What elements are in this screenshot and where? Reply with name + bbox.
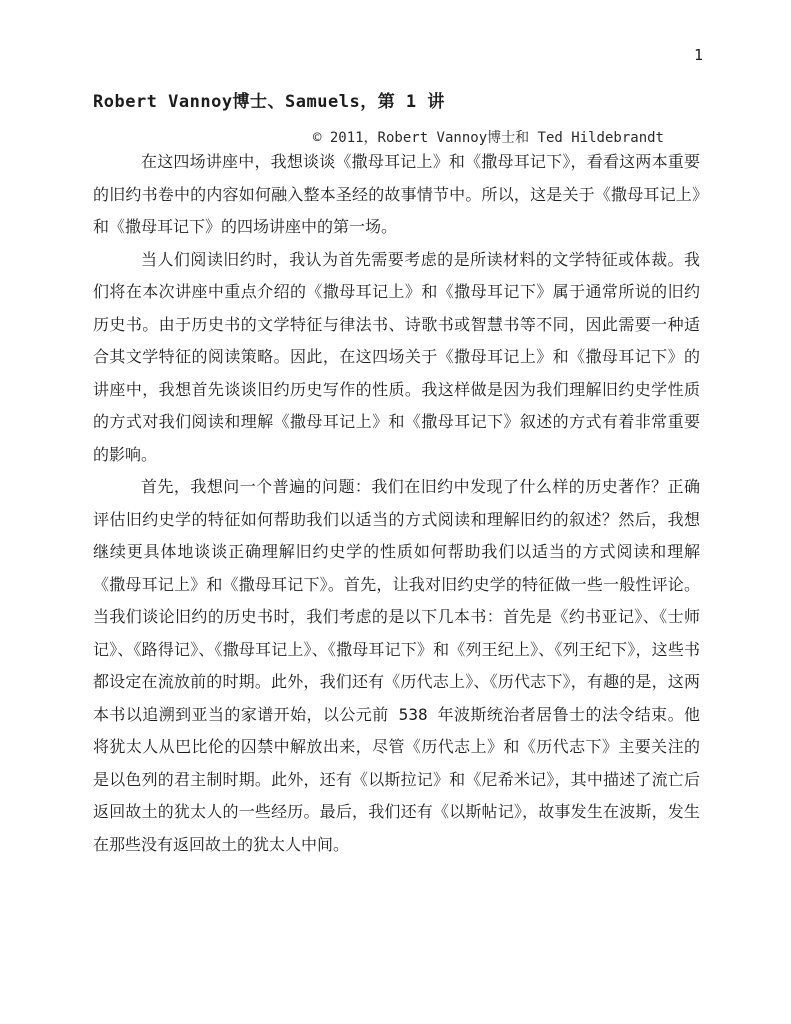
- paragraph-literary-character: 当人们阅读旧约时，我认为首先需要考虑的是所读材料的文学特征或体裁。我们将在本次讲…: [93, 244, 700, 472]
- document-body: 在这四场讲座中，我想谈谈《撒母耳记上》和《撒母耳记下》，看看这两本重要的旧约书卷…: [93, 146, 700, 861]
- paragraph-intro: 在这四场讲座中，我想谈谈《撒母耳记上》和《撒母耳记下》，看看这两本重要的旧约书卷…: [93, 146, 700, 244]
- copyright-line: © 2011，Robert Vannoy博士和 Ted Hildebrandt: [93, 128, 700, 148]
- document-page: 1 Robert Vannoy博士、Samuels，第 1 讲 © 2011，R…: [0, 0, 791, 1024]
- page-number: 1: [694, 46, 703, 64]
- document-title: Robert Vannoy博士、Samuels，第 1 讲: [93, 90, 445, 114]
- paragraph-historical-books: 首先，我想问一个普遍的问题：我们在旧约中发现了什么样的历史著作？正确评估旧约史学…: [93, 471, 700, 861]
